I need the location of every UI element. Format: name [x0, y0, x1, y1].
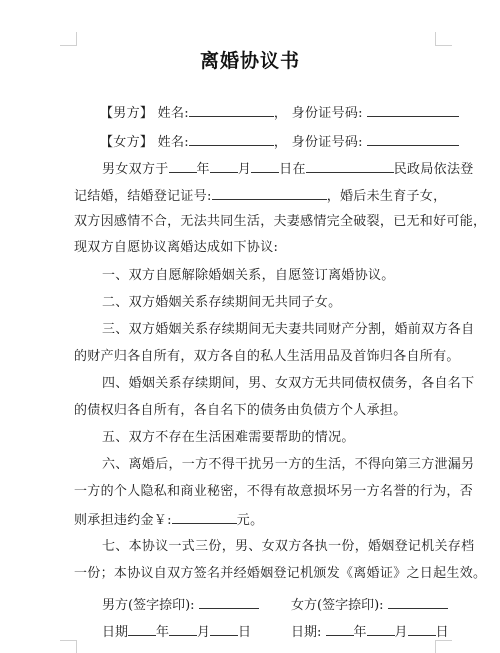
- male-party-tag: 【男方】: [100, 106, 153, 121]
- female-signature-label: 女方(签字捺印):: [291, 598, 384, 613]
- male-signature-label: 男方(签字捺印):: [102, 598, 195, 613]
- year-label: 年: [197, 162, 210, 177]
- female-signature-field[interactable]: [388, 594, 448, 609]
- female-party-line: 【女方】 姓名:， 身份证号码:: [100, 131, 464, 153]
- clause-1: 一、双方自愿解除婚姻关系，自愿签订离婚协议。: [74, 266, 438, 286]
- intro-text: 记结婚，结婚登记证号:: [74, 189, 212, 204]
- marriage-month-field[interactable]: [210, 158, 238, 173]
- month-label: 月: [197, 625, 210, 640]
- clause-3-line-2: 的财产归各自所有，双方各自的私人生活用品及首饰归各自所有。: [74, 347, 438, 367]
- clause-4-line-2: 的债权归各自所有，各自名下的债务由负债方个人承担。: [74, 401, 438, 421]
- margin-mark-top-right: [435, 32, 452, 46]
- male-party-line: 【男方】 姓名:， 身份证号码:: [100, 102, 464, 124]
- female-date-line: 日期: 年月日: [291, 621, 449, 640]
- marriage-year-field[interactable]: [169, 158, 197, 173]
- marriage-cert-number-field[interactable]: [212, 185, 327, 200]
- clause-5: 五、双方不存在生活困难需要帮助的情况。: [74, 428, 438, 448]
- clause-7-line-1: 七、本协议一式三份，男、女双方各执一份，婚姻登记机关存档: [74, 537, 438, 557]
- day-label: 日在: [279, 162, 306, 177]
- year-label: 年: [354, 625, 367, 640]
- female-name-label: 姓名:: [158, 135, 189, 150]
- day-label: 日: [238, 625, 251, 640]
- male-name-label: 姓名:: [158, 106, 189, 121]
- clause-6-line-1: 六、离婚后，一方不得干扰另一方的生活，不得向第三方泄漏另: [74, 455, 438, 475]
- clause-4-line-1: 四、婚姻关系存续期间，男、女双方无共同债权债务，各自名下: [74, 374, 438, 394]
- document-title: 离婚协议书: [0, 46, 500, 73]
- female-date-month-field[interactable]: [367, 621, 395, 636]
- female-name-field[interactable]: [189, 131, 274, 146]
- margin-mark-bottom-right: [435, 640, 452, 653]
- intro-line-2: 记结婚，结婚登记证号:，婚后未生育子女，: [74, 185, 438, 207]
- male-signature-line: 男方(签字捺印):: [102, 594, 259, 613]
- female-date-year-field[interactable]: [326, 621, 354, 636]
- intro-text: 民政局依法登: [394, 162, 474, 177]
- female-party-tag: 【女方】: [100, 135, 153, 150]
- intro-line-4: 现双方自愿协议离婚达成如下协议:: [74, 238, 438, 258]
- female-id-field[interactable]: [367, 131, 459, 146]
- civil-affairs-bureau-field[interactable]: [306, 158, 394, 173]
- penalty-label: 则承担违约金￥:: [74, 513, 172, 528]
- female-date-label: 日期:: [291, 625, 321, 640]
- clause-7-line-2: 一份；本协议自双方签名并经婚姻登记机颁发《离婚证》之日起生效。: [74, 564, 438, 584]
- marriage-day-field[interactable]: [251, 158, 279, 173]
- female-date-day-field[interactable]: [408, 621, 436, 636]
- intro-line-1: 男女双方于年月日在民政局依法登: [74, 158, 438, 180]
- female-id-label: 身份证号码:: [292, 135, 363, 150]
- month-label: 月: [395, 625, 408, 640]
- male-date-day-field[interactable]: [210, 621, 238, 636]
- male-id-label: 身份证号码:: [292, 106, 363, 121]
- male-date-month-field[interactable]: [169, 621, 197, 636]
- separator: ，: [274, 135, 287, 150]
- clause-2: 二、双方婚姻关系存续期间无共同子女。: [74, 293, 438, 313]
- clause-6-line-3: 则承担违约金￥:元。: [74, 509, 438, 531]
- penalty-amount-field[interactable]: [172, 509, 237, 524]
- male-signature-field[interactable]: [199, 594, 259, 609]
- female-signature-line: 女方(签字捺印):: [291, 594, 448, 613]
- intro-text: ，婚后未生育子女，: [327, 189, 447, 204]
- day-label: 日: [436, 625, 449, 640]
- male-date-year-field[interactable]: [128, 621, 156, 636]
- clause-3-line-1: 三、双方婚姻关系存续期间无夫妻共同财产分割，婚前双方各自: [74, 320, 438, 340]
- male-date-label: 日期: [102, 625, 128, 640]
- male-id-field[interactable]: [367, 102, 459, 117]
- margin-mark-top-left: [60, 32, 77, 46]
- male-date-line: 日期年月日: [102, 621, 251, 640]
- month-label: 月: [238, 162, 251, 177]
- intro-text: 男女双方于: [102, 162, 169, 177]
- clause-6-line-2: 一方的个人隐私和商业秘密，不得有故意损坏另一方名誉的行为，否: [74, 482, 438, 502]
- year-label: 年: [156, 625, 169, 640]
- intro-line-3: 双方因感情不合，无法共同生活，夫妻感情完全破裂，已无和好可能，: [74, 212, 438, 232]
- currency-unit: 元。: [237, 513, 264, 528]
- margin-mark-bottom-left: [60, 640, 77, 653]
- separator: ，: [274, 106, 287, 121]
- male-name-field[interactable]: [189, 102, 274, 117]
